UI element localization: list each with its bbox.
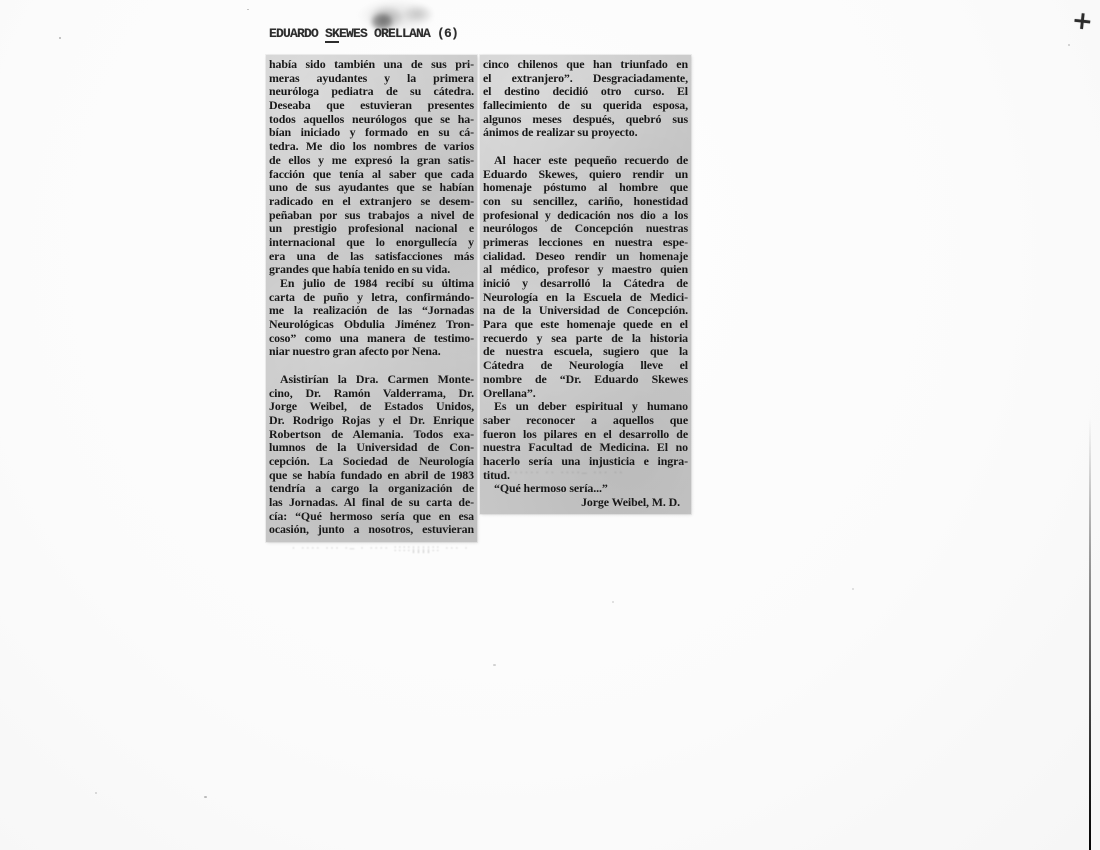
article-line: facción que tenía al saber que cada xyxy=(269,168,474,182)
clipping-left-column: había sido también una de sus pri-meras … xyxy=(266,55,477,542)
article-line: meras ayudantes y la primera xyxy=(269,72,474,86)
article-line: al médico, profesor y maestro quien xyxy=(483,263,688,277)
dust-speck xyxy=(247,9,249,10)
article-line: cinco chilenos que han triunfado en xyxy=(483,58,688,72)
article-line: era una de las satisfacciones más xyxy=(269,250,474,264)
article-line: nuestra Facultad de Medicina. El no xyxy=(483,441,688,455)
article-line: bían iniciado y formado en su cá- xyxy=(269,126,474,140)
article-line: Robertson de Alemania. Todos exa- xyxy=(269,428,474,442)
page-title: EDUARDO SKEWES ORELLANA (6) xyxy=(269,26,458,41)
article-line: de ellos y me expresó la gran satis- xyxy=(269,154,474,168)
article-line: Dr. Rodrigo Rojas y el Dr. Enrique xyxy=(269,414,474,428)
article-line: con su sencillez, cariño, honestidad xyxy=(483,195,688,209)
dust-speck xyxy=(612,601,614,603)
article-line: Neurología en la Escuela de Medici- xyxy=(483,291,688,305)
article-line: neurólogos de Concepción nuestras xyxy=(483,222,688,236)
article-line: tendría a cargo la organización de xyxy=(269,482,474,496)
article-line: inició y desarrolló la Cátedra de xyxy=(483,277,688,291)
article-line: un prestigio profesional nacional e xyxy=(269,222,474,236)
article-line: En julio de 1984 recibí su última xyxy=(269,277,474,291)
article-line: cía: “Qué hermoso sería que en esa xyxy=(269,510,474,524)
dust-speck xyxy=(1068,44,1070,46)
article-line: Al hacer este pequeño recuerdo de xyxy=(483,154,688,168)
article-line: saber reconocer a aquellos que xyxy=(483,414,688,428)
article-line: radicado en el extranjero se desem- xyxy=(269,195,474,209)
dust-speck xyxy=(852,588,854,590)
article-line: na de la Universidad de Concepción. xyxy=(483,304,688,318)
article-line: uno de sus ayudantes que se habían xyxy=(269,181,474,195)
dust-speck xyxy=(493,664,496,666)
registration-cross-mark: + xyxy=(1071,5,1095,36)
article-line: carta de puño y letra, confirmándo- xyxy=(269,291,474,305)
article-line: peñaban por sus trabajos a nivel de xyxy=(269,209,474,223)
article-line: internacional que lo enorgullecía y xyxy=(269,236,474,250)
article-line: profesional y dedicación nos dio a los xyxy=(483,209,688,223)
article-line: fueron los pilares en el desarrollo de xyxy=(483,428,688,442)
title-segment-post: EWES ORELLANA (6) xyxy=(339,26,458,41)
article-line: hacerlo sería una injusticia e ingra- xyxy=(483,455,688,469)
article-line: Neurológicas Obdulia Jiménez Tron- xyxy=(269,318,474,332)
article-line: Jorge Weibel, de Estados Unidos, xyxy=(269,400,474,414)
article-line: todos aquellos neurólogos que se ha- xyxy=(269,113,474,127)
dust-speck xyxy=(95,792,97,794)
article-line: Asistirían la Dra. Carmen Monte- xyxy=(269,373,474,387)
article-line: “Qué hermoso sería...” xyxy=(483,482,688,496)
article-line: Eduardo Skewes, quiero rendir un xyxy=(483,168,688,182)
article-line: Es un deber espiritual y humano xyxy=(483,400,688,414)
article-line: el destino decidió otro curso. El xyxy=(483,85,688,99)
article-line: cino, Dr. Ramón Valderrama, Dr. xyxy=(269,387,474,401)
article-line: tedra. Me dio los nombres de varios xyxy=(269,140,474,154)
article-line: coso” como una manera de testimo- xyxy=(269,332,474,346)
article-line: el extranjero”. Desgraciadamente, xyxy=(483,72,688,86)
dust-speck xyxy=(59,37,61,39)
article-line: primeras lecciones en nuestra espe- xyxy=(483,236,688,250)
title-segment-pre: EDUARDO xyxy=(269,26,325,41)
title-segment-underlined: SK xyxy=(325,26,339,43)
scan-edge-line xyxy=(1089,418,1091,850)
article-line: grandes que había tenido en su vida. xyxy=(269,263,474,277)
article-line: homenaje póstumo al hombre que xyxy=(483,181,688,195)
article-line: fallecimiento de su querida esposa, xyxy=(483,99,688,113)
article-line: ánimos de realizar su proyecto. xyxy=(483,126,688,140)
article-line: las Jornadas. Al final de su carta de- xyxy=(269,496,474,510)
showthrough-marks-left: · ···· ··· ·– · ···· ::::¡¡¡¡:: ··· · xyxy=(292,543,469,553)
article-line: había sido también una de sus pri- xyxy=(269,58,474,72)
article-line: cialidad. Deseo rendir un homenaje xyxy=(483,250,688,264)
dust-speck xyxy=(204,796,207,798)
article-line: recuerdo y sea parte de la historia xyxy=(483,332,688,346)
article-line: nombre de “Dr. Eduardo Skewes xyxy=(483,373,688,387)
article-line: algunos meses después, quebró sus xyxy=(483,113,688,127)
article-line: neuróloga pediatra de su cátedra. xyxy=(269,85,474,99)
article-line: Cátedra de Neurología lleve el xyxy=(483,359,688,373)
article-line: que se había fundado en abril de 1983 xyxy=(269,469,474,483)
article-line: niar nuestro gran afecto por Nena. xyxy=(269,345,474,359)
clipping-right-column: cinco chilenos que han triunfado enel ex… xyxy=(480,55,691,514)
article-line: titud. xyxy=(483,469,688,483)
article-line: ocasión, junto a nosotros, estuvieran xyxy=(269,523,474,537)
article-line: lumnos de la Universidad de Con- xyxy=(269,441,474,455)
article-line: Orellana”. xyxy=(483,387,688,401)
article-line: Jorge Weibel, M. D. xyxy=(483,496,688,510)
scanned-page: EDUARDO SKEWES ORELLANA (6) había sido t… xyxy=(0,0,1100,850)
article-line: cepción. La Sociedad de Neurología xyxy=(269,455,474,469)
article-line xyxy=(269,359,474,373)
article-line: Para que este homenaje quede en el xyxy=(483,318,688,332)
article-line: de nuestra escuela, sugiero que la xyxy=(483,345,688,359)
article-line: me la realización de las “Jornadas xyxy=(269,304,474,318)
article-line: Deseaba que estuvieran presentes xyxy=(269,99,474,113)
article-line xyxy=(483,140,688,154)
